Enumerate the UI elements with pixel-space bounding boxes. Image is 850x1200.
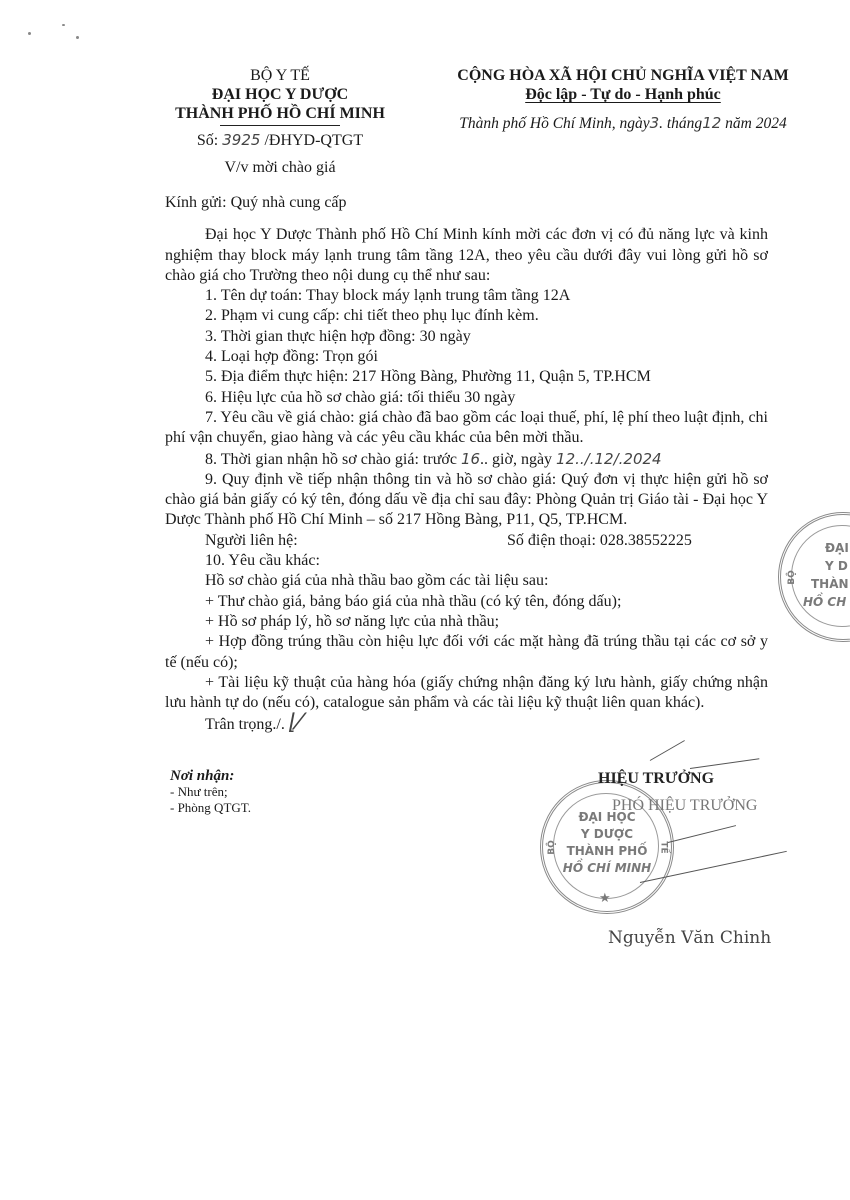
signatory-title: HIỆU TRƯỞNG xyxy=(598,770,714,788)
item-3: 3. Thời gian thực hiện hợp đồng: 30 ngày xyxy=(165,327,768,347)
recipient-item: - Phòng QTGT. xyxy=(170,800,251,816)
contact-person-label: Người liên hệ: xyxy=(165,531,467,551)
handwritten-deadline-date: 12../.12/.2024 xyxy=(556,450,662,468)
issuer-block: BỘ Y TẾ ĐẠI HỌC Y DƯỢC THÀNH PHỐ HỒ CHÍ … xyxy=(150,66,410,177)
signatory-subtitle: PHÓ HIỆU TRƯỞNG xyxy=(612,797,757,815)
handwritten-number: 3925 xyxy=(222,131,260,149)
university-name-line2: THÀNH PHỐ HỒ CHÍ MINH xyxy=(150,104,410,123)
item-2: 2. Phạm vi cung cấp: chi tiết theo phụ l… xyxy=(165,306,768,326)
item-5: 5. Địa điểm thực hiện: 217 Hồng Bàng, Ph… xyxy=(165,367,768,387)
intro-paragraph: Đại học Y Dược Thành phố Hồ Chí Minh kín… xyxy=(165,225,768,286)
university-name-line1: ĐẠI HỌC Y DƯỢC xyxy=(150,85,410,104)
handwritten-hour: 16 xyxy=(461,450,480,468)
signature-block: ĐẠI HỌC Y DƯỢC THÀNH PHỐ HỒ CHÍ MINH BỘ … xyxy=(540,770,820,970)
closing: Trân trọng./. ⌊⁄ xyxy=(165,713,768,735)
doc-requirement: + Hồ sơ pháp lý, hồ sơ năng lực của nhà … xyxy=(165,612,768,632)
national-motto: Độc lập - Tự do - Hạnh phúc xyxy=(438,85,808,104)
doc-requirement: + Hợp đồng trúng thầu còn hiệu lực đối v… xyxy=(165,632,768,673)
initial-mark-icon: ⌊⁄ xyxy=(289,710,301,735)
item-6: 6. Hiệu lực của hồ sơ chào giá: tối thiể… xyxy=(165,388,768,408)
handwritten-month: 12 xyxy=(702,114,721,132)
document-number: Số: 3925 /ĐHYD-QTGT xyxy=(150,131,410,150)
document-date: Thành phố Hồ Chí Minh, ngày3. tháng12 nă… xyxy=(438,114,808,133)
letter-body: Kính gửi: Quý nhà cung cấp Đại học Y Dượ… xyxy=(165,193,768,736)
national-header: CỘNG HÒA XÃ HỘI CHỦ NGHĨA VIỆT NAM Độc l… xyxy=(438,66,808,133)
handwritten-day: 3 xyxy=(650,114,660,132)
item-10-intro: Hồ sơ chào giá của nhà thầu bao gồm các … xyxy=(165,571,768,591)
scan-speck xyxy=(62,24,65,26)
item-7: 7. Yêu cầu về giá chào: giá chào đã bao … xyxy=(165,408,768,449)
ministry-name: BỘ Y TẾ xyxy=(150,66,410,85)
header-divider xyxy=(220,125,340,126)
doc-requirement: + Tài liệu kỹ thuật của hàng hóa (giấy c… xyxy=(165,673,768,714)
item-4: 4. Loại hợp đồng: Trọn gói xyxy=(165,347,768,367)
recipient-item: - Như trên; xyxy=(170,784,251,800)
signatory-name: Nguyễn Văn Chinh xyxy=(608,928,771,948)
signature-stroke-icon xyxy=(690,758,759,769)
phone-number: Số điện thoại: 028.38552225 xyxy=(467,531,692,551)
recipients-block: Nơi nhận: - Như trên; - Phòng QTGT. xyxy=(170,768,251,816)
item-8: 8. Thời gian nhận hồ sơ chào giá: trước … xyxy=(165,449,768,470)
partial-seal-icon: ĐẠI Y D THÀN HỒ CH BỘ xyxy=(778,512,850,642)
item-10: 10. Yêu cầu khác: xyxy=(165,551,768,571)
item-1: 1. Tên dự toán: Thay block máy lạnh trun… xyxy=(165,286,768,306)
contact-line: Người liên hệ: Số điện thoại: 028.385522… xyxy=(165,531,768,551)
scan-speck xyxy=(76,36,79,39)
country-name: CỘNG HÒA XÃ HỘI CHỦ NGHĨA VIỆT NAM xyxy=(438,66,808,85)
doc-requirement: + Thư chào giá, bảng báo giá của nhà thầ… xyxy=(165,592,768,612)
signature-scribble-icon xyxy=(650,740,685,761)
item-9: 9. Quy định về tiếp nhận thông tin và hồ… xyxy=(165,470,768,531)
document-subject: V/v mời chào giá xyxy=(150,158,410,177)
salutation: Kính gửi: Quý nhà cung cấp xyxy=(165,193,768,213)
scan-speck xyxy=(28,32,31,35)
signature-stroke-icon xyxy=(668,825,736,843)
recipients-title: Nơi nhận: xyxy=(170,768,251,784)
